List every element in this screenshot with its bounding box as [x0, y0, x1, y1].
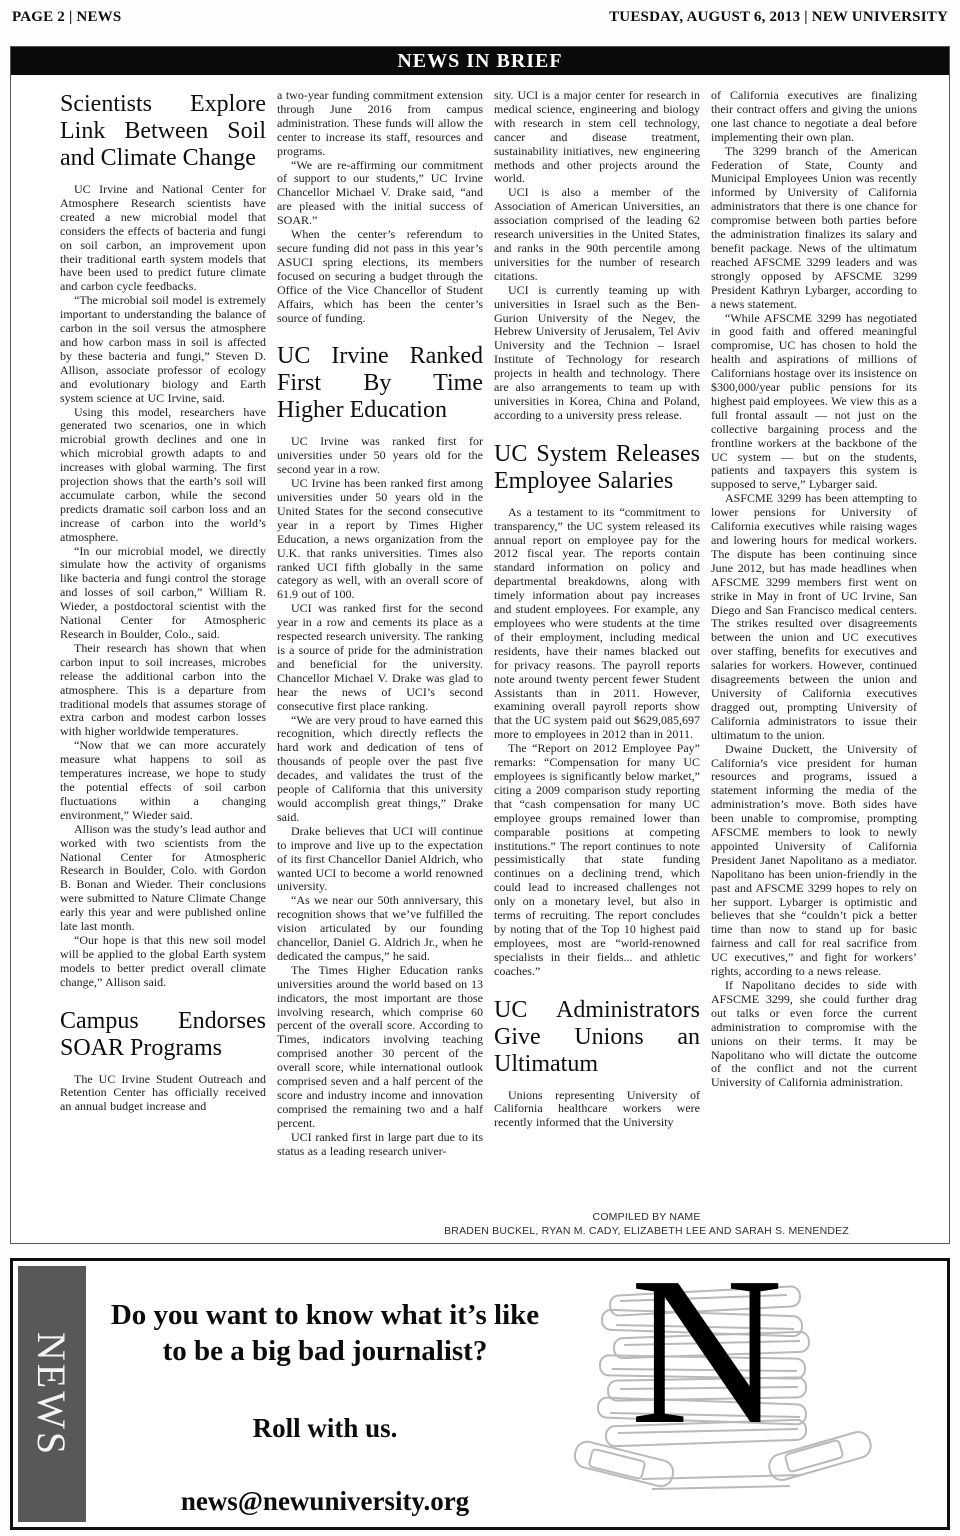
news-column-3: sity. UCI is a major center for research… [494, 89, 700, 1207]
article-paragraph: UCI ranked first in large part due to it… [277, 1131, 483, 1159]
article-paragraph: The “Report on 2012 Employee Pay” remark… [494, 742, 700, 978]
page-masthead: PAGE 2 | NEWS TUESDAY, AUGUST 6, 2013 | … [0, 0, 960, 36]
credit-label: COMPILED BY NAME [444, 1210, 849, 1224]
newspaper-stack-illustration: N [564, 1261, 947, 1527]
article-headline: UC Administrators Give Unions an Ultimat… [494, 997, 700, 1078]
article-paragraph: “As we near our 50th anniversary, this r… [277, 894, 483, 964]
article-paragraph: UC Irvine has been ranked first among un… [277, 477, 483, 602]
article-paragraph: If Napolitano decides to side with AFSCM… [711, 979, 917, 1090]
article-paragraph: When the center’s referendum to secure f… [277, 228, 483, 325]
page-number-section: PAGE 2 | NEWS [12, 9, 121, 26]
ad-copy: Do you want to know what it’s like to be… [86, 1261, 564, 1527]
article-paragraph: “We are re-affirming our commitment of s… [277, 159, 483, 229]
article-paragraph: UC Irvine and National Center for Atmosp… [60, 183, 266, 294]
credit-names: BRADEN BUCKEL, RYAN M. CADY, ELIZABETH L… [444, 1224, 849, 1238]
article-paragraph: “We are very proud to have earned this r… [277, 714, 483, 825]
ad-vertical-label: NEWS [29, 1331, 76, 1456]
news-column-4: of California executives are finalizing … [711, 89, 917, 1207]
article-paragraph: Using this model, researchers have gener… [60, 406, 266, 545]
article-headline: Scientists Explore Link Between Soil and… [60, 91, 266, 172]
article-paragraph: UCI was ranked first for the second year… [277, 602, 483, 713]
compiled-by-credit: COMPILED BY NAME BRADEN BUCKEL, RYAN M. … [444, 1210, 849, 1238]
article-paragraph: “Now that we can more accurately measure… [60, 739, 266, 822]
section-banner: NEWS IN BRIEF [11, 47, 949, 75]
article-paragraph: UC Irvine was ranked first for universit… [277, 435, 483, 477]
article-paragraph: “Our hope is that this new soil model wi… [60, 934, 266, 990]
article-paragraph: The 3299 branch of the American Federati… [711, 145, 917, 312]
article-paragraph: Unions representing University of Califo… [494, 1089, 700, 1131]
ad-email: news@newuniversity.org [86, 1486, 564, 1517]
n-logo: N [630, 1258, 783, 1487]
article-paragraph: The Times Higher Education ranks univers… [277, 964, 483, 1131]
news-recruitment-ad: NEWS Do you want to know what it’s like … [10, 1258, 950, 1530]
news-column-2: a two-year funding commitment extension … [277, 89, 483, 1207]
article-paragraph: ASFCME 3299 has been attempting to lower… [711, 492, 917, 742]
article-paragraph: UCI is currently teaming up with univers… [494, 284, 700, 423]
date-publication: TUESDAY, AUGUST 6, 2013 | NEW UNIVERSITY [609, 9, 948, 26]
article-headline: UC Irvine Ranked First By Time Higher Ed… [277, 343, 483, 424]
ad-section-tab: NEWS [18, 1266, 86, 1522]
article-paragraph: “While AFSCME 3299 has negotiated in goo… [711, 312, 917, 493]
article-paragraph: Drake believes that UCI will continue to… [277, 825, 483, 895]
article-paragraph: sity. UCI is a major center for research… [494, 89, 700, 186]
article-paragraph: “The microbial soil model is extremely i… [60, 294, 266, 405]
ad-tagline: Roll with us. [86, 1413, 564, 1444]
article-paragraph: UCI is also a member of the Association … [494, 186, 700, 283]
ad-question-line1: Do you want to know what it’s like [86, 1297, 564, 1333]
news-column-1: Scientists Explore Link Between Soil and… [60, 89, 266, 1207]
article-paragraph: The UC Irvine Student Outreach and Reten… [60, 1073, 266, 1115]
article-headline: Campus Endorses SOAR Programs [60, 1008, 266, 1062]
article-headline: UC System Releases Employee Salaries [494, 441, 700, 495]
news-in-brief-section: NEWS IN BRIEF Scientists Explore Link Be… [10, 46, 950, 1244]
article-paragraph: “In our microbial model, we directly sim… [60, 545, 266, 642]
article-paragraph: Allison was the study’s lead author and … [60, 823, 266, 934]
article-paragraph: a two-year funding commitment extension … [277, 89, 483, 159]
article-paragraph: Their research has shown that when carbo… [60, 642, 266, 739]
article-paragraph: of California executives are finalizing … [711, 89, 917, 145]
article-paragraph: Dwaine Duckett, the University of Califo… [711, 743, 917, 979]
ad-question-line2: to be a big bad journalist? [86, 1333, 564, 1369]
article-paragraph: As a testament to its “commitment to tra… [494, 506, 700, 742]
news-columns: Scientists Explore Link Between Soil and… [11, 75, 949, 1207]
newspaper-page: PAGE 2 | NEWS TUESDAY, AUGUST 6, 2013 | … [0, 0, 960, 1530]
